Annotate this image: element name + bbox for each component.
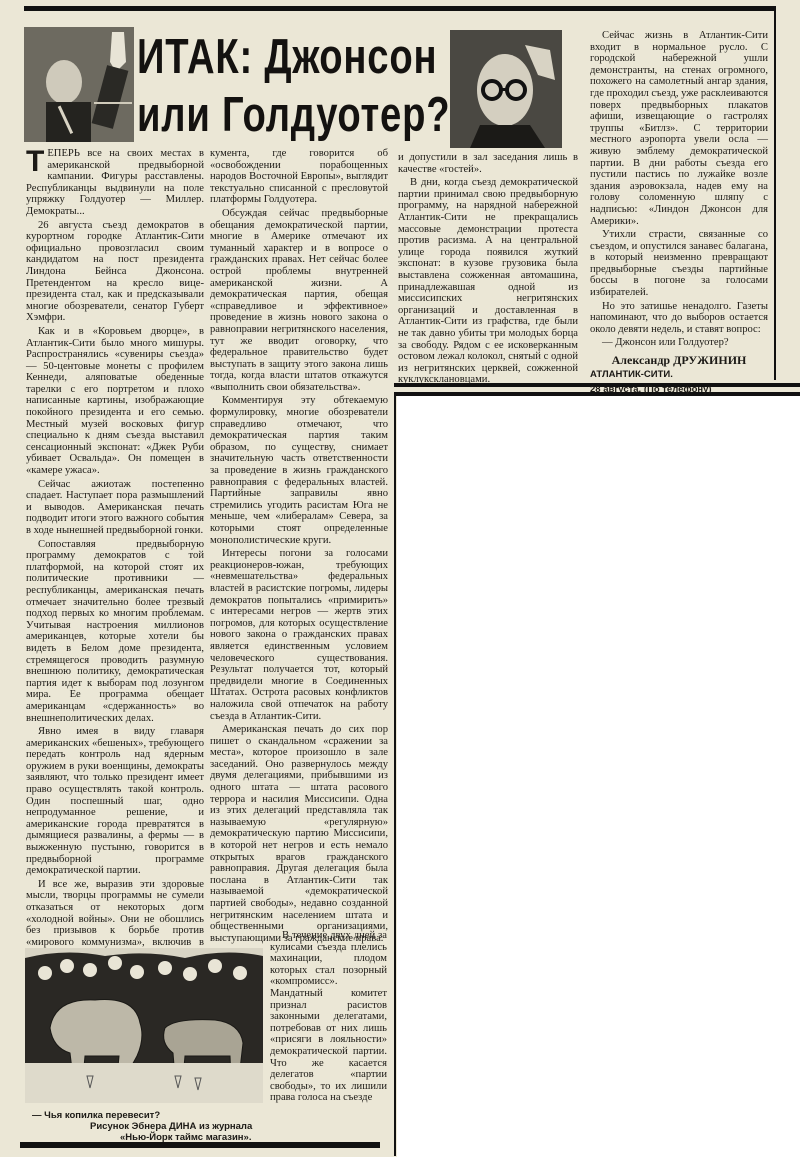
dateline-date: 28 августа. (По телефону)	[590, 384, 768, 396]
dateline-place: АТЛАНТИК-СИТИ.	[590, 369, 768, 381]
paragraph: 26 августа съезд демократов в курортном …	[26, 220, 204, 324]
lead-paragraph: ТЕПЕРЬ все на своих местах в американско…	[26, 148, 204, 218]
right-border-rule	[774, 10, 776, 380]
paragraph: Сейчас ажиотаж постепенно спадает. Насту…	[26, 479, 204, 537]
article-column-3: и допустили в зал заседания лишь в качес…	[398, 152, 578, 386]
paragraph: Обсуждая сейчас предвыборные обещания де…	[210, 208, 388, 394]
paragraph: Явно имея в виду главаря американских «б…	[26, 726, 204, 877]
article-column-1: ТЕПЕРЬ все на своих местах в американско…	[26, 148, 204, 983]
cartoon-illustration	[25, 948, 263, 1103]
top-rule	[24, 6, 776, 11]
goldwater-silhouette-icon	[450, 30, 562, 148]
photo-johnson	[24, 27, 134, 142]
dropcap: Т	[26, 150, 44, 174]
caption-source: «Нью-Йорк таймс магазин».	[32, 1132, 272, 1143]
paragraph: и допустили в зал заседания лишь в качес…	[398, 152, 578, 175]
paragraph: В течение двух дней за кулисами съезда п…	[270, 930, 387, 1104]
column-divider-rule	[394, 396, 396, 1156]
paragraph: Сейчас жизнь в Атлантик-Сити входит в но…	[590, 30, 768, 227]
cartoon-caption: — Чья копилка перевесит? Рисунок Эбнера …	[32, 1110, 272, 1143]
article-column-4: Сейчас жизнь в Атлантик-Сити входит в но…	[590, 30, 768, 396]
paragraph: Утихли страсти, связанные со съездом, и …	[590, 229, 768, 299]
headline-line-1: ИТАК: Джонсон	[137, 28, 379, 86]
quote-line: — Джонсон или Голдуотер?	[590, 337, 768, 349]
paragraph: Американская печать до сих пор пишет о с…	[210, 724, 388, 944]
paragraph: кумента, где говорится об «освобождении …	[210, 148, 388, 206]
headline-line-2: или Голдуотер?	[137, 86, 379, 144]
caption-credit: Рисунок Эбнера ДИНА из журнала	[32, 1121, 272, 1132]
paragraph: Но это затишье ненадолго. Газеты напомин…	[590, 301, 768, 336]
paragraph: Как и в «Коровьем дворце», в Атлантик-Си…	[26, 326, 204, 477]
author-signature: Александр ДРУЖИНИН	[590, 355, 768, 367]
headline: ИТАК: Джонсон или Голдуотер?	[137, 28, 379, 144]
photo-goldwater	[450, 30, 562, 148]
paragraph: В дни, когда съезд демократической парти…	[398, 177, 578, 386]
johnson-silhouette-icon	[24, 27, 134, 142]
paragraph: Сопоставляя предвыборную программу демок…	[26, 539, 204, 725]
elephant-donkey-cartoon-icon	[25, 948, 263, 1103]
paragraph: Интересы погони за голосами реакционеров…	[210, 548, 388, 722]
article-column-2: кумента, где говорится об «освобождении …	[210, 148, 388, 944]
article-column-2-tail: В течение двух дней за кулисами съезда п…	[270, 930, 387, 1104]
caption-question: — Чья копилка перевесит?	[32, 1110, 272, 1121]
paragraph: Комментируя эту обтекаемую формулировку,…	[210, 395, 388, 546]
